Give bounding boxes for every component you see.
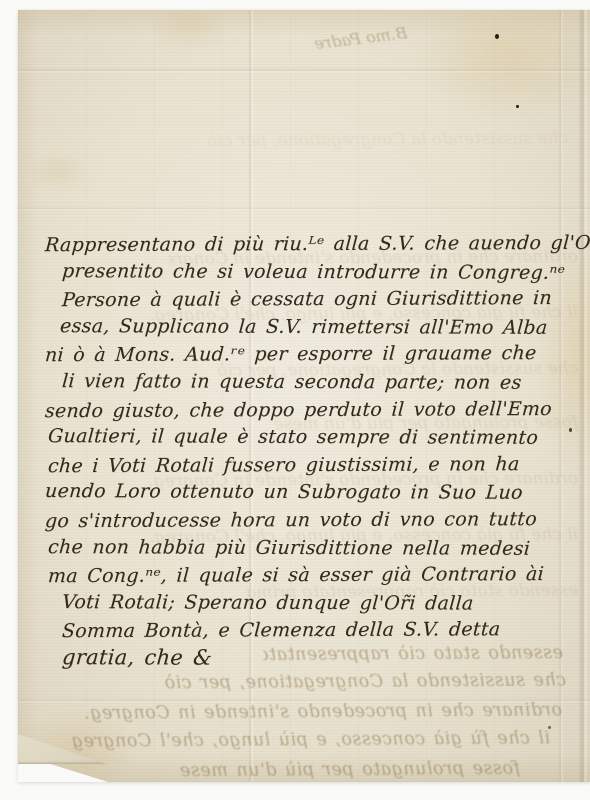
manuscript-line: li vien fatto in questa seconda parte; n… (61, 368, 586, 397)
ink-speck (548, 726, 551, 729)
manuscript-line: go s'introducesse hora un voto di vno co… (44, 506, 586, 536)
manuscript-line: uendo Loro ottenuto un Subrogato in Suo … (44, 478, 586, 507)
manuscript-line: che i Voti Rotali fussero giustissimi, e… (47, 451, 586, 481)
verso-showthrough-fragment: che sussistendo la Congregatione, per ci… (168, 129, 568, 152)
verso-showthrough-line: il che fù già concesso, e più lungo, che… (70, 728, 550, 751)
ink-speck (569, 428, 572, 432)
manuscript-line: ni ò à Mons. Aud.ʳᵉ per esporre il graua… (44, 340, 586, 370)
verso-showthrough-line: che sussistendo la Congregatione, per ci… (98, 670, 566, 693)
manuscript-line: Somma Bontà, e Clemenza della S.V. detta (61, 616, 586, 646)
manuscript-line: sendo giusto, che doppo perduto il voto … (44, 395, 586, 425)
manuscript-line: essa, Supplicano la S.V. rimettersi all'… (59, 313, 586, 342)
ink-speck (516, 105, 519, 108)
verso-showthrough-heading: B.mo Padre (228, 23, 409, 64)
horizontal-crease (18, 206, 590, 211)
manuscript-line: Rappresentano di più riu.ᴸᵉ alla S.V. ch… (44, 230, 586, 260)
manuscript-line: Gualtieri, il quale è stato sempre di se… (47, 423, 586, 452)
horizontal-crease (18, 68, 590, 73)
manuscript-line: Persone à quali è cessata ogni Giurisdit… (61, 285, 586, 315)
manuscript-line: che non habbia più Giurisdittione nella … (47, 534, 586, 563)
letter-body: Rappresentano di più riu.ᴸᵉ alla S.V. ch… (45, 231, 585, 673)
verso-showthrough-line: fosse prolungato per più d'un mese (128, 759, 520, 782)
verso-showthrough-line: ordinare che in procedendo s'intende in … (70, 700, 562, 723)
manuscript-line: presentito che si voleua introdurre in C… (61, 258, 586, 287)
verso-showthrough-line: essendo stato ciò rappresentato prima (263, 643, 563, 665)
document-scan: B.mo Padre che sussistendo la Congregati… (0, 0, 590, 800)
manuscript-line: Voti Rotali; Sperano dunque gl'Or̃i dall… (61, 589, 586, 618)
letter-paper: B.mo Padre che sussistendo la Congregati… (18, 10, 590, 782)
ink-speck (495, 34, 499, 39)
manuscript-line: ma Cong.ⁿᵉ, il quale si sà esser già Con… (47, 561, 586, 591)
